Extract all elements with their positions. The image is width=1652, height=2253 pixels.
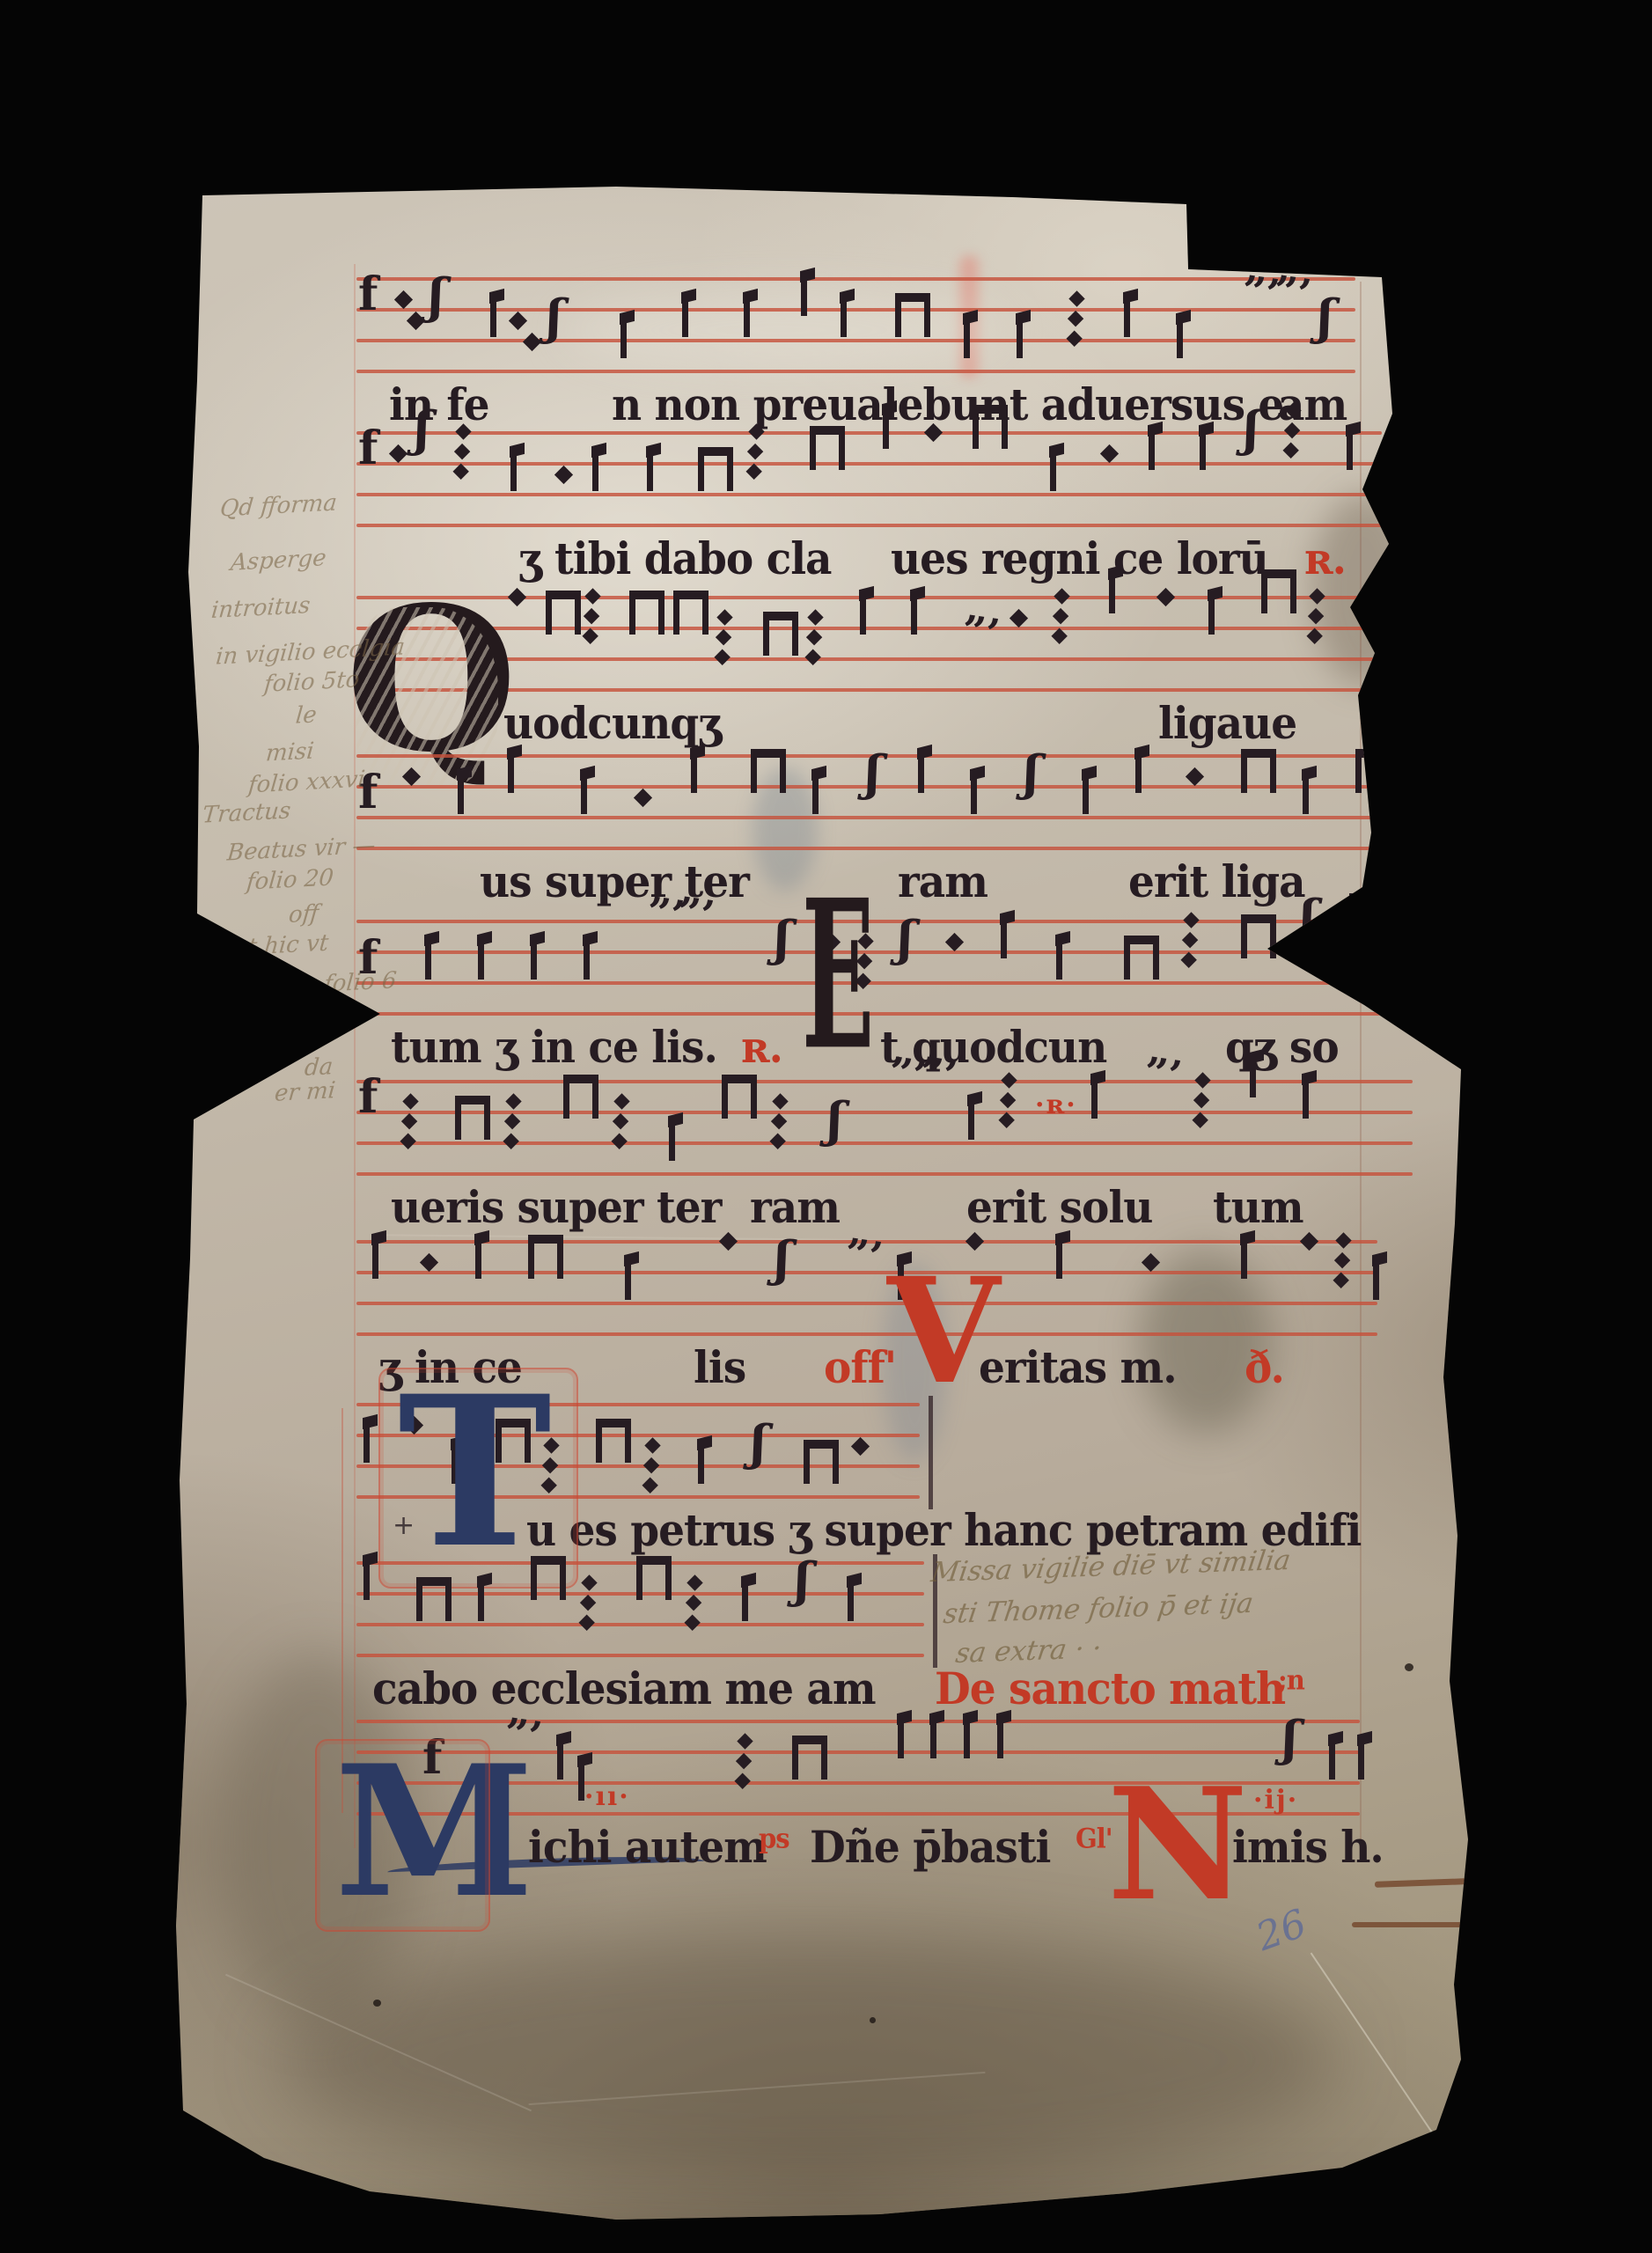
neume	[1200, 426, 1206, 470]
lyric-segment: off'	[824, 1342, 896, 1393]
lyric-segment: ues regni ce lorū	[891, 533, 1268, 584]
neume	[737, 1733, 753, 1749]
neume	[841, 293, 847, 337]
neume	[407, 312, 425, 330]
staff-line	[356, 308, 1355, 312]
neume	[807, 609, 823, 625]
neume	[772, 1093, 788, 1109]
initial-e: E	[802, 884, 874, 1068]
neume	[596, 1419, 631, 1463]
neume: ”’	[1142, 1051, 1184, 1096]
lyric-segment: uodcunqʒ	[503, 698, 721, 749]
neume: ʃ	[898, 914, 914, 962]
neume	[581, 770, 587, 814]
staff-line	[356, 981, 1408, 985]
cursive-note-line: sa extra · ·	[954, 1633, 1104, 1670]
neume	[510, 447, 517, 491]
margin-note: er mi	[274, 1077, 337, 1107]
margin-note: folio 5to	[263, 666, 361, 698]
margin-note: palmas folio 6	[233, 967, 398, 1002]
neume	[363, 1556, 370, 1600]
staff-line	[356, 847, 1395, 850]
lyric-segment: ʀ.	[1304, 533, 1346, 584]
neume	[1124, 293, 1130, 337]
neume: ”’	[917, 1051, 959, 1096]
neume: ʃ	[775, 1235, 790, 1282]
staff-line	[356, 277, 1355, 281]
staff-line	[356, 1141, 1413, 1145]
neume	[634, 789, 652, 807]
neume	[478, 936, 484, 980]
lyric-segment: ram	[898, 856, 988, 907]
neume	[804, 1440, 839, 1484]
neume	[389, 444, 407, 463]
neume	[763, 612, 798, 656]
neume	[1109, 569, 1115, 613]
neume	[1001, 1072, 1017, 1088]
lyric-segment: erit solu	[966, 1182, 1152, 1233]
neume	[1329, 1736, 1335, 1780]
neume	[744, 293, 750, 337]
dark-spot	[1354, 982, 1362, 989]
neume: ʃ	[775, 914, 790, 962]
neume	[1335, 1232, 1351, 1248]
staff-line	[356, 816, 1395, 819]
lyric-segment: ueris super ter	[391, 1182, 721, 1233]
neume	[973, 405, 1008, 449]
neume	[1017, 314, 1023, 358]
initial-v: V	[887, 1266, 1000, 1397]
neume	[1142, 1253, 1160, 1272]
neume: ʃ	[415, 405, 430, 452]
staff-line	[356, 1332, 1377, 1336]
neume	[1100, 444, 1119, 463]
neume	[851, 1437, 870, 1456]
neume: ʃ	[795, 1556, 811, 1604]
neume	[1373, 1256, 1379, 1300]
red-verse-mark: ·ij·	[1253, 1785, 1298, 1816]
margin-note: introitus	[210, 592, 312, 624]
neume	[1241, 914, 1276, 958]
margin-note: Gnt hic vt	[214, 930, 330, 963]
staff-line	[356, 370, 1355, 373]
scratch-line	[529, 2072, 986, 2105]
lyric-segment: ;n	[1278, 1664, 1304, 1696]
staff-line	[356, 339, 1355, 342]
neume: ”’	[674, 891, 716, 936]
rust-dash	[1375, 1878, 1466, 1888]
lyric-segment: ʀ.	[741, 1022, 782, 1073]
neume	[475, 1235, 481, 1279]
neume	[716, 609, 732, 625]
staff-line	[356, 1302, 1377, 1305]
neume	[455, 1096, 490, 1140]
neume	[792, 1736, 827, 1780]
margin-note: Qd fforma	[219, 489, 338, 522]
neume	[719, 1232, 738, 1251]
lyric-segment: De sancto math	[935, 1663, 1285, 1714]
lyric-segment: tum ʒ in ce lis.	[391, 1022, 717, 1073]
neume	[1303, 770, 1309, 814]
neume	[1208, 591, 1215, 635]
neume	[1124, 936, 1159, 980]
neume	[416, 1577, 452, 1621]
neume	[563, 1075, 598, 1119]
pencil-number: 12	[1566, 1937, 1621, 1988]
neume	[971, 770, 977, 814]
staff-line	[356, 1172, 1413, 1176]
lyric-segment: eritas m.	[979, 1342, 1177, 1393]
cross-mark: +	[393, 1510, 415, 1541]
neume	[458, 770, 464, 814]
neume	[509, 312, 527, 330]
margin-note: —	[297, 1007, 322, 1035]
neume: ʃ	[1318, 293, 1333, 341]
neume	[531, 1556, 566, 1600]
neume	[1355, 749, 1391, 793]
lyric-segment: am	[1278, 379, 1347, 430]
ruling-line	[354, 264, 356, 1848]
neume	[1241, 1235, 1247, 1279]
staff-line	[356, 1654, 924, 1657]
neume	[898, 1714, 904, 1758]
neume	[1001, 914, 1007, 958]
neume	[372, 1235, 378, 1279]
red-verse-mark: ·ʀ·	[1035, 1090, 1077, 1120]
staff-barline	[929, 1396, 933, 1509]
neume	[911, 591, 917, 635]
neume	[1177, 314, 1183, 358]
neume	[997, 1714, 1003, 1758]
margin-note: Tractus	[202, 797, 292, 828]
neume	[968, 1096, 974, 1140]
neume	[584, 936, 590, 980]
neume	[647, 447, 653, 491]
neume: ʃ	[751, 1419, 767, 1466]
neume	[1250, 1053, 1256, 1097]
neume: ʃ	[865, 749, 881, 796]
neume	[546, 591, 581, 635]
neume	[698, 447, 733, 491]
neume	[895, 293, 930, 337]
neume	[930, 1714, 936, 1758]
initial-n: N	[1107, 1776, 1248, 1915]
neume	[1056, 936, 1062, 980]
neume	[554, 466, 573, 484]
neume	[625, 1256, 631, 1300]
lyric-segment: ʒ tibi dabo cla	[518, 533, 832, 584]
staff-line	[356, 1111, 1413, 1114]
neume	[812, 770, 819, 814]
neume	[1149, 426, 1155, 470]
neume	[505, 1093, 521, 1109]
neume	[742, 1577, 748, 1621]
neume	[1349, 893, 1384, 937]
neume	[1068, 290, 1084, 306]
staff-line	[356, 1012, 1408, 1016]
neume: f	[358, 1075, 378, 1120]
parchment-leaf: fʃʃ”’”’ʃin fen non preualebunt aduersus …	[0, 0, 1652, 2253]
neume	[420, 1253, 438, 1272]
neume	[629, 591, 664, 635]
neume	[402, 1093, 418, 1109]
neume	[592, 447, 598, 491]
margin-note: le	[295, 701, 318, 729]
neume: ʃ	[1282, 1714, 1298, 1762]
margin-note: misi	[265, 738, 315, 767]
staff-line	[356, 1623, 924, 1626]
lyric-segment: tum	[1213, 1182, 1303, 1233]
margin-note: Asperge	[230, 545, 327, 576]
neume	[1091, 1075, 1098, 1119]
lyric-segment: ichi autem	[528, 1822, 767, 1873]
lyric-segment: lis	[694, 1342, 745, 1393]
neume	[490, 293, 496, 337]
lyric-segment: ligaue	[1158, 698, 1296, 749]
neume	[964, 1714, 970, 1758]
neume: ”’	[1271, 269, 1313, 314]
neume	[613, 1093, 629, 1109]
initial-m: M	[334, 1751, 534, 1914]
neume	[691, 749, 697, 793]
neume	[918, 749, 924, 793]
neume: ʃ	[827, 1096, 843, 1143]
neume: ”’	[842, 1232, 885, 1277]
neume	[964, 314, 970, 358]
dark-spot	[870, 2017, 876, 2023]
lyric-segment: ram	[750, 1182, 840, 1233]
neume	[1358, 1736, 1364, 1780]
lyric-segment: in fe	[389, 379, 489, 430]
neume	[394, 290, 413, 309]
neume	[945, 933, 964, 951]
neume: f	[358, 426, 378, 472]
neume	[425, 936, 431, 980]
neume	[578, 1757, 584, 1801]
dark-spot	[1405, 1663, 1413, 1671]
neume	[883, 405, 889, 449]
neume	[1261, 569, 1296, 613]
neume	[1135, 749, 1142, 793]
neume	[682, 293, 688, 337]
pencil-number: 26	[1251, 1901, 1312, 1960]
neume: f	[358, 272, 378, 318]
initial-q: Q	[345, 591, 518, 770]
neume	[508, 749, 514, 793]
neume	[581, 1574, 597, 1590]
lyric-segment: qʒ so	[1225, 1022, 1339, 1073]
neume	[801, 272, 807, 316]
margin-note: off	[288, 900, 320, 928]
manuscript-photo: fʃʃ”’”’ʃin fen non preualebunt aduersus …	[0, 0, 1652, 2253]
neume	[1056, 1235, 1062, 1279]
red-verse-mark: ·ıı·	[584, 1781, 630, 1812]
neume	[1194, 1072, 1210, 1088]
ruling-line	[1360, 282, 1362, 1848]
neume	[1183, 912, 1199, 928]
margin-note: folio 20	[246, 864, 334, 895]
scratch-line	[1311, 1953, 1445, 2151]
neume	[1050, 447, 1056, 491]
neume	[644, 1437, 660, 1453]
staff-line	[356, 493, 1382, 496]
neume	[557, 1736, 563, 1780]
lyric-segment: Dñe p̄basti	[810, 1822, 1050, 1873]
neume	[528, 1235, 563, 1279]
dark-spot	[373, 2000, 381, 2007]
neume: ʃ	[547, 293, 562, 341]
neume	[1347, 426, 1353, 470]
neume	[531, 936, 537, 980]
neume	[1300, 1232, 1318, 1251]
cursive-note-line: sti Thome folio p̄ et ija	[942, 1588, 1256, 1630]
neume	[686, 1574, 702, 1590]
neume: ʃ	[1300, 893, 1316, 941]
neume	[722, 1075, 757, 1119]
neume	[1156, 588, 1175, 606]
lyric-segment: n non preualebunt aduersus e	[612, 379, 1283, 430]
lyric-segment: imis h.	[1232, 1822, 1384, 1873]
neume	[1083, 770, 1089, 814]
rust-dash	[1352, 1922, 1475, 1927]
neume	[860, 591, 866, 635]
scratch-line	[225, 1974, 532, 2111]
staff-line	[356, 524, 1382, 527]
initial-t: T	[398, 1380, 552, 1567]
neume	[848, 1577, 854, 1621]
lyric-segment: ps	[759, 1823, 789, 1854]
stain	[282, 1936, 1338, 2183]
neume: ʃ	[1024, 749, 1039, 796]
neume	[1303, 1075, 1309, 1119]
neume	[1054, 588, 1069, 604]
neume	[673, 591, 709, 635]
neume	[698, 1440, 704, 1484]
neume	[751, 749, 786, 793]
lyric-segment: cabo ecclesiam me am	[372, 1663, 876, 1714]
lyric-segment: erit liga	[1128, 856, 1305, 907]
neume: ʃ	[1244, 405, 1259, 452]
staff-line	[356, 431, 1382, 435]
neume	[1010, 609, 1028, 627]
neume	[363, 1419, 370, 1463]
neume	[523, 333, 541, 351]
neume	[1186, 767, 1204, 786]
neume	[478, 1577, 484, 1621]
neume	[584, 588, 600, 604]
neume	[620, 314, 627, 358]
neume: ”’	[959, 609, 1002, 654]
neume	[1309, 588, 1325, 604]
neume	[810, 426, 845, 470]
lyric-segment: ð.	[1245, 1342, 1284, 1393]
neume	[636, 1556, 672, 1600]
neume: ʃ	[429, 272, 444, 319]
neume	[1241, 749, 1276, 793]
neume	[669, 1117, 675, 1161]
stain	[563, 290, 1003, 370]
